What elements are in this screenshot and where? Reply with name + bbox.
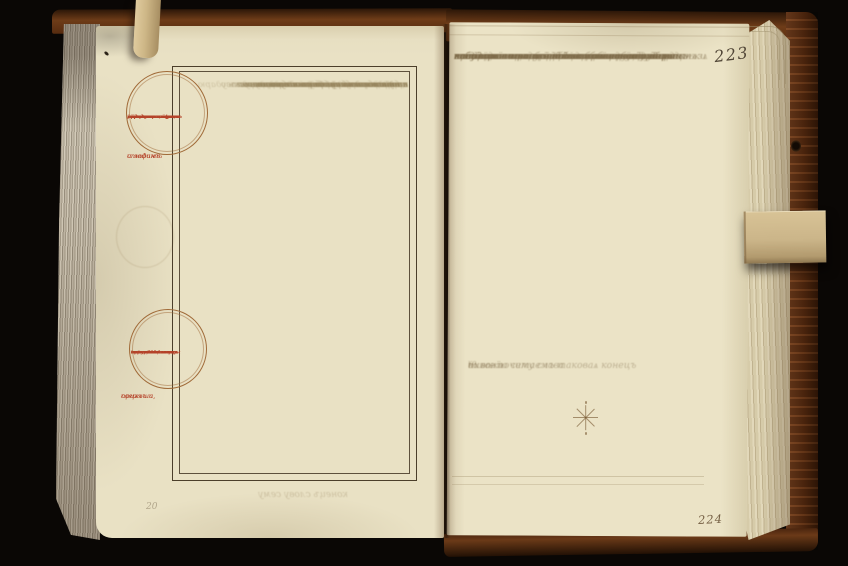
seal-text-line: їгї прошѣ копѣмъ bbox=[127, 113, 182, 120]
left-page-stack-edge bbox=[56, 24, 100, 540]
ruled-frame bbox=[172, 66, 417, 481]
bleedthrough-frame-line bbox=[452, 476, 704, 485]
gutter-shadow bbox=[434, 24, 456, 538]
seal-text-line: радыи казанькцѣ bbox=[127, 113, 180, 120]
left-folio-mark: 20 bbox=[146, 502, 157, 512]
seal-text-line: татаринѣхаръ bbox=[127, 113, 173, 120]
left-page-bleed-tail: конецъ слову сему bbox=[228, 490, 378, 500]
bleedthrough-seal-circle bbox=[116, 206, 174, 268]
red-seal-top: прїиденьтатаринѣхарънїолѣ транїфатърадыи… bbox=[126, 71, 208, 155]
folio-number-bottom: 224 bbox=[698, 511, 739, 527]
seal-text-line: прїидень bbox=[127, 113, 153, 120]
seal-text-line: нїолѣ транїфатъ bbox=[127, 113, 180, 120]
caption-line: стефанъ bbox=[127, 151, 160, 161]
bleed-text-line: и возвратишасѧ воеводы съ побѣдою bbox=[454, 50, 655, 65]
seal-text-line: прѣщенїи bbox=[131, 349, 159, 356]
closing-text-line: ко bbox=[468, 358, 476, 369]
ruled-frame-inner-line bbox=[179, 71, 410, 474]
caption-line: согрѣша, bbox=[121, 391, 155, 401]
right-foredge-leaves bbox=[744, 20, 790, 540]
wormhole-mark bbox=[791, 140, 801, 152]
photo-open-manuscript-book: лѣта же того прїидоша вѣсти къ государюо… bbox=[0, 0, 848, 566]
ornament-dot bbox=[585, 432, 588, 435]
bookmark-tab-side bbox=[744, 210, 827, 263]
seal-text-line: писмѣ лнцапрвѣ bbox=[127, 113, 179, 120]
seal-text-line: кнїгъ данила пер bbox=[131, 349, 177, 356]
seal-text-line: нвѣшївѣдѣ bbox=[131, 349, 165, 356]
seal-text-line: варѣнша bbox=[127, 113, 154, 120]
seal-text-line: митрополита bbox=[131, 349, 171, 356]
asterisk-ornament bbox=[572, 404, 600, 432]
red-seal-bottom: попрѣщенїимитрополитаизъ манастырѧкнїгъ … bbox=[129, 309, 207, 389]
seal-text-line: корѣц пошеловѣ bbox=[127, 113, 179, 120]
seal-text-line: по bbox=[131, 349, 137, 356]
seal-text-line: перемѣса гаипры bbox=[131, 349, 181, 356]
right-page-bleedthrough-text: лѣта того же прїидоша послы великаго кнѧ… bbox=[454, 50, 720, 358]
ornament-dot bbox=[585, 401, 588, 404]
seal-text-line: генадите и bbox=[127, 113, 161, 120]
seal-text-line: гса уланїтнтовъ bbox=[131, 349, 178, 356]
seal-text-line: имтеодъ bbox=[131, 349, 156, 356]
seal-text-line: изъ манастырѧ bbox=[131, 349, 174, 356]
seal-text-line: івнима зцѣповъ bbox=[131, 349, 176, 356]
binding-right-cover bbox=[786, 12, 818, 550]
bookmark-tab-top bbox=[133, 0, 161, 59]
